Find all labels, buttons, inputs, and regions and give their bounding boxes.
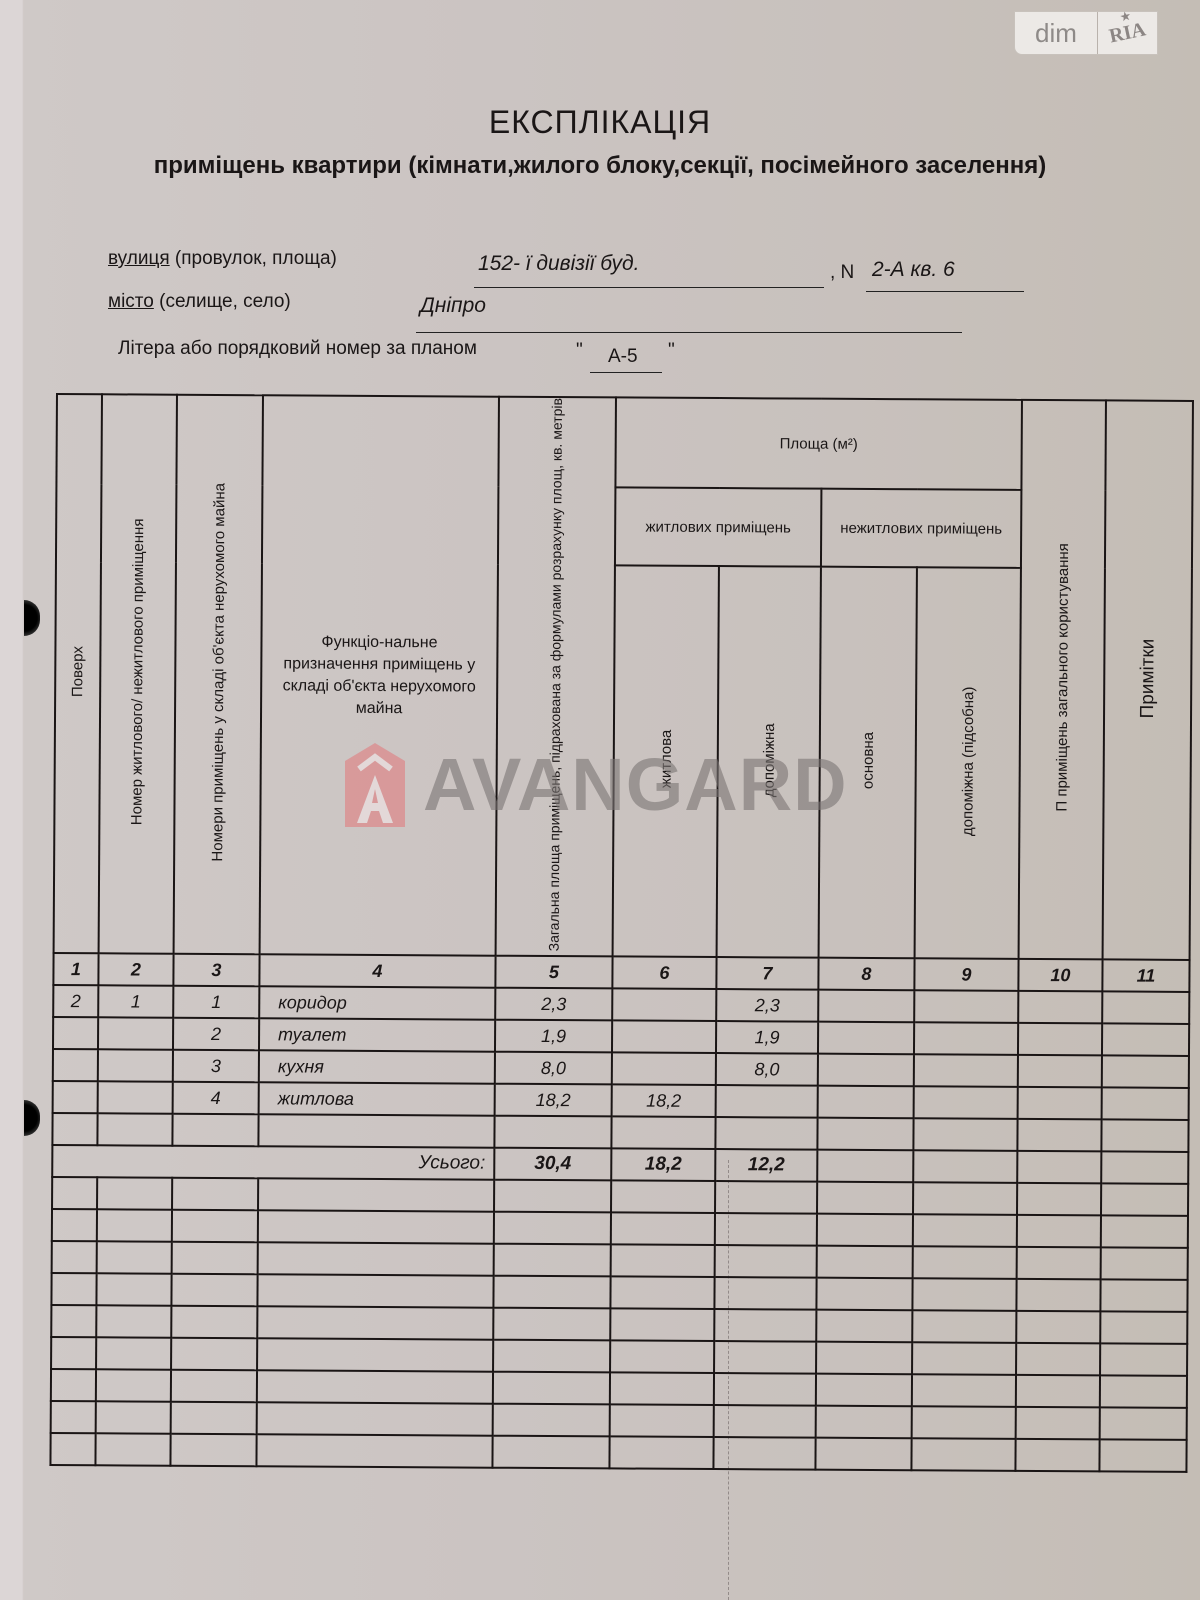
cell — [97, 1242, 172, 1274]
cell-total-area: 1,9 — [495, 1020, 612, 1053]
cell — [1101, 1248, 1188, 1281]
cell — [816, 1342, 912, 1375]
cell — [912, 1343, 1016, 1376]
cell-room: 3 — [173, 1050, 259, 1083]
cell-living — [611, 1117, 715, 1150]
cell — [1016, 1375, 1100, 1408]
cell — [171, 1306, 257, 1339]
cell — [257, 1403, 493, 1436]
cell — [816, 1406, 912, 1439]
header-common-use: П приміщень загального користування — [1019, 400, 1106, 960]
cell — [95, 1434, 170, 1466]
cell-room — [172, 1114, 258, 1147]
cell — [171, 1402, 257, 1435]
cell — [1101, 1184, 1188, 1217]
explication-table: Поверх Номер житлового/ нежитлового прим… — [49, 393, 1194, 1473]
cell — [912, 1279, 1016, 1312]
cell-auxiliary: 2,3 — [716, 989, 818, 1022]
header-living: житлова — [613, 565, 719, 957]
cell — [1018, 1055, 1102, 1088]
cell — [715, 1181, 817, 1214]
cell — [492, 1436, 609, 1469]
col-num: 1 — [53, 953, 98, 985]
col-num: 4 — [259, 955, 495, 988]
street-label-rest: (провулок, площа) — [175, 248, 337, 269]
col-num: 10 — [1018, 959, 1102, 992]
cell — [256, 1435, 492, 1468]
cell-living: 18,2 — [612, 1085, 716, 1118]
cell — [494, 1180, 611, 1213]
col-num: 6 — [612, 957, 716, 990]
cell — [258, 1243, 494, 1276]
header-unit-number: Номер житлового/ нежитлового приміщення — [99, 394, 177, 954]
cell — [493, 1340, 610, 1373]
header-room-numbers: Номери приміщень у складі об'єкта нерухо… — [174, 395, 263, 955]
cell — [817, 1182, 913, 1215]
cell — [1099, 1440, 1186, 1473]
cell — [52, 1241, 97, 1273]
cell — [610, 1309, 714, 1342]
cell-living — [612, 989, 716, 1022]
cell — [816, 1278, 912, 1311]
city-underline — [416, 332, 962, 333]
cell-room: 2 — [173, 1018, 259, 1051]
cell — [51, 1369, 96, 1401]
cell — [1102, 1056, 1189, 1089]
header-nonresidential-group: нежитлових приміщень — [821, 489, 1021, 568]
cell-function: коридор — [259, 987, 495, 1020]
total-auxiliary-value: 12,2 — [715, 1149, 817, 1182]
cell — [714, 1405, 816, 1438]
cell — [1017, 1151, 1101, 1184]
cell — [1018, 991, 1102, 1024]
star-icon: ★ — [1119, 9, 1131, 24]
cell — [170, 1434, 256, 1467]
cell — [611, 1245, 715, 1278]
cell-total-area — [494, 1116, 611, 1149]
cell-total-area: 18,2 — [495, 1084, 612, 1117]
street-underline — [474, 287, 824, 288]
cell — [912, 1311, 1016, 1344]
cell — [817, 1214, 913, 1247]
document-subtitle: приміщень квартири (кімнати,жилого блоку… — [130, 147, 1070, 185]
cell — [913, 1247, 1017, 1280]
street-label-main: вулиця — [108, 248, 170, 269]
ria-logo: ★ RIA — [1094, 6, 1160, 59]
cell-floor — [53, 1049, 98, 1081]
number-sign: , N — [830, 262, 854, 284]
header-auxiliary-utility: допоміжна (підсобна) — [915, 567, 1021, 959]
cell — [51, 1273, 96, 1305]
cell-function: кухня — [259, 1051, 495, 1084]
cell — [257, 1275, 493, 1308]
cell — [51, 1401, 96, 1433]
cell — [1017, 1215, 1101, 1248]
cell-floor — [53, 1017, 98, 1049]
cell — [816, 1374, 912, 1407]
cell — [611, 1181, 715, 1214]
cell — [914, 991, 1018, 1024]
col-num: 5 — [495, 956, 612, 989]
col-num: 8 — [818, 958, 914, 991]
cell — [1100, 1280, 1187, 1313]
cell — [171, 1338, 257, 1371]
cell — [1101, 1216, 1188, 1249]
cell-auxiliary: 1,9 — [716, 1021, 818, 1054]
cell — [258, 1211, 494, 1244]
cell — [611, 1213, 715, 1246]
cell — [715, 1213, 817, 1246]
cell — [494, 1212, 611, 1245]
header-auxiliary: допоміжна — [717, 566, 821, 958]
cell — [257, 1339, 493, 1372]
cell — [913, 1183, 1017, 1216]
cell-function — [258, 1115, 494, 1148]
cell — [1015, 1439, 1099, 1472]
cell — [1100, 1376, 1187, 1409]
header-residential-group: житлових приміщень — [615, 488, 821, 567]
col-num: 11 — [1102, 960, 1189, 993]
cell — [493, 1404, 610, 1437]
cell — [715, 1245, 817, 1278]
plan-quote-open: " — [576, 340, 583, 362]
cell — [1100, 1408, 1187, 1441]
cell — [609, 1437, 713, 1470]
cell — [50, 1433, 95, 1465]
dim-logo-text: dim — [1015, 12, 1097, 54]
cell-unit: 1 — [98, 986, 173, 1018]
cell — [912, 1375, 1016, 1408]
cell — [714, 1277, 816, 1310]
total-living-value: 18,2 — [611, 1149, 715, 1182]
plan-value: А-5 — [608, 346, 638, 368]
cell — [817, 1246, 913, 1279]
header-main: основна — [819, 566, 917, 958]
cell — [817, 1118, 913, 1151]
cell — [610, 1373, 714, 1406]
col-num: 7 — [716, 957, 818, 990]
cell — [1102, 1088, 1189, 1121]
cell — [1016, 1311, 1100, 1344]
cell — [96, 1338, 171, 1370]
cell — [96, 1306, 171, 1338]
cell-room: 1 — [173, 986, 259, 1019]
header-function: Функціо-нальне призначення приміщень у с… — [260, 395, 499, 956]
cell — [96, 1274, 171, 1306]
cell — [51, 1305, 96, 1337]
cell-floor — [53, 1081, 98, 1113]
cell — [913, 1151, 1017, 1184]
cell — [610, 1405, 714, 1438]
cell-floor — [52, 1113, 97, 1145]
number-value: 2-А кв. 6 — [872, 258, 955, 282]
cell — [816, 1310, 912, 1343]
cell — [172, 1242, 258, 1275]
cell-total-area: 8,0 — [495, 1052, 612, 1085]
cell — [714, 1373, 816, 1406]
cell-unit — [97, 1114, 172, 1146]
cell — [1018, 1087, 1102, 1120]
cell-total-area: 2,3 — [495, 988, 612, 1021]
cell — [610, 1277, 714, 1310]
cell — [257, 1371, 493, 1404]
col-num: 9 — [914, 959, 1018, 992]
cell — [493, 1308, 610, 1341]
plan-underline — [590, 372, 662, 373]
cell — [1100, 1312, 1187, 1345]
cell — [815, 1438, 911, 1471]
header-floor: Поверх — [54, 394, 102, 954]
cell — [818, 990, 914, 1023]
city-value: Дніпро — [420, 294, 486, 318]
cell — [1101, 1152, 1188, 1185]
header-total-area: Загальна площа приміщень, підрахована за… — [496, 397, 616, 957]
cell — [1017, 1119, 1101, 1152]
plan-quote-close: " — [668, 340, 675, 362]
cell — [714, 1309, 816, 1342]
cell — [914, 1087, 1018, 1120]
plan-label: Літера або порядковий номер за планом — [118, 338, 477, 360]
cell — [913, 1119, 1017, 1152]
cell — [258, 1179, 494, 1212]
city-label-rest: (селище, село) — [159, 291, 291, 312]
cell — [493, 1372, 610, 1405]
cell-auxiliary — [716, 1085, 818, 1118]
cell-auxiliary — [715, 1117, 817, 1150]
cell-living — [612, 1053, 716, 1086]
total-area-value: 30,4 — [494, 1148, 611, 1181]
cell — [1017, 1247, 1101, 1280]
document-title: ЕКСПЛІКАЦІЯ — [0, 104, 1200, 141]
cell — [1017, 1183, 1101, 1216]
col-num: 3 — [173, 954, 259, 987]
header-notes: Примітки — [1103, 400, 1193, 960]
cell-room: 4 — [173, 1082, 259, 1115]
cell-function: туалет — [259, 1019, 495, 1052]
cell — [171, 1274, 257, 1307]
cell — [914, 1023, 1018, 1056]
cell — [96, 1402, 171, 1434]
cell — [1102, 1024, 1189, 1057]
dim-ria-badge[interactable]: dim ★ RIA — [1014, 11, 1158, 55]
cell — [171, 1370, 257, 1403]
cell — [1016, 1407, 1100, 1440]
col-num: 2 — [98, 954, 173, 986]
cell-living — [612, 1021, 716, 1054]
number-underline — [866, 291, 1024, 292]
cell — [610, 1341, 714, 1374]
street-value: 152- ї дивізії буд. — [478, 252, 640, 276]
city-label: місто (селище, село) — [108, 291, 291, 313]
empty-table-row — [50, 1433, 1186, 1472]
cell — [257, 1307, 493, 1340]
cell — [913, 1215, 1017, 1248]
cell — [494, 1244, 611, 1277]
cell-auxiliary: 8,0 — [716, 1053, 818, 1086]
cell — [713, 1437, 815, 1470]
cell — [172, 1210, 258, 1243]
cell — [493, 1276, 610, 1309]
street-label: вулиця (провулок, площа) — [108, 248, 337, 270]
cell — [817, 1150, 913, 1183]
cell-unit — [98, 1018, 173, 1050]
cell — [1102, 992, 1189, 1025]
total-label: Усього: — [52, 1145, 494, 1180]
cell — [912, 1407, 1016, 1440]
cell — [818, 1022, 914, 1055]
cell — [1016, 1343, 1100, 1376]
cell — [51, 1337, 96, 1369]
cell-function: житлова — [259, 1083, 495, 1116]
cell — [1100, 1344, 1187, 1377]
cell-unit — [98, 1082, 173, 1114]
cell-floor: 2 — [53, 985, 98, 1017]
cell — [914, 1055, 1018, 1088]
cell — [714, 1341, 816, 1374]
cell — [818, 1054, 914, 1087]
cell — [96, 1370, 171, 1402]
cell — [97, 1178, 172, 1210]
cell — [97, 1210, 172, 1242]
cell — [818, 1086, 914, 1119]
cell — [911, 1439, 1015, 1472]
cell — [172, 1178, 258, 1211]
cell — [1101, 1120, 1188, 1153]
cell — [52, 1177, 97, 1209]
cell — [1016, 1279, 1100, 1312]
header-area-group: Площа (м²) — [615, 397, 1022, 490]
cell — [1018, 1023, 1102, 1056]
cell — [52, 1209, 97, 1241]
cell-unit — [98, 1050, 173, 1082]
city-label-main: місто — [108, 291, 154, 312]
